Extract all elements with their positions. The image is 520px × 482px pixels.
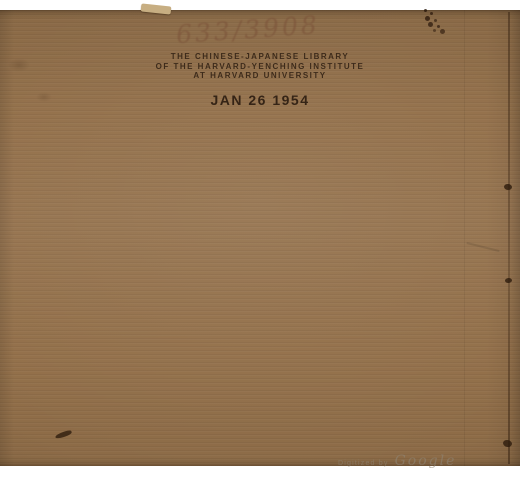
binding-stitch-line	[508, 12, 510, 464]
ink-speckles	[424, 9, 427, 12]
library-stamp: THE CHINESE-JAPANESE LIBRARY OF THE HARV…	[0, 52, 520, 81]
watermark-prefix-label: Digitized by	[338, 460, 389, 467]
cover-fold-line	[464, 10, 465, 466]
library-stamp-line-1: THE CHINESE-JAPANESE LIBRARY	[0, 52, 520, 62]
date-stamp: JAN 26 1954	[0, 92, 520, 108]
watermark-brand-label: Google	[395, 453, 457, 469]
handwritten-call-number: 633/3908	[175, 8, 357, 49]
library-stamp-line-3: AT HARVARD UNIVERSITY	[0, 71, 520, 81]
google-watermark: Digitized by Google	[338, 453, 456, 469]
scanned-page: 633/3908 THE CHINESE-JAPANESE LIBRARY OF…	[0, 0, 520, 482]
library-stamp-line-2: OF THE HARVARD-YENCHING INSTITUTE	[0, 62, 520, 72]
book-cover: 633/3908 THE CHINESE-JAPANESE LIBRARY OF…	[0, 10, 520, 466]
